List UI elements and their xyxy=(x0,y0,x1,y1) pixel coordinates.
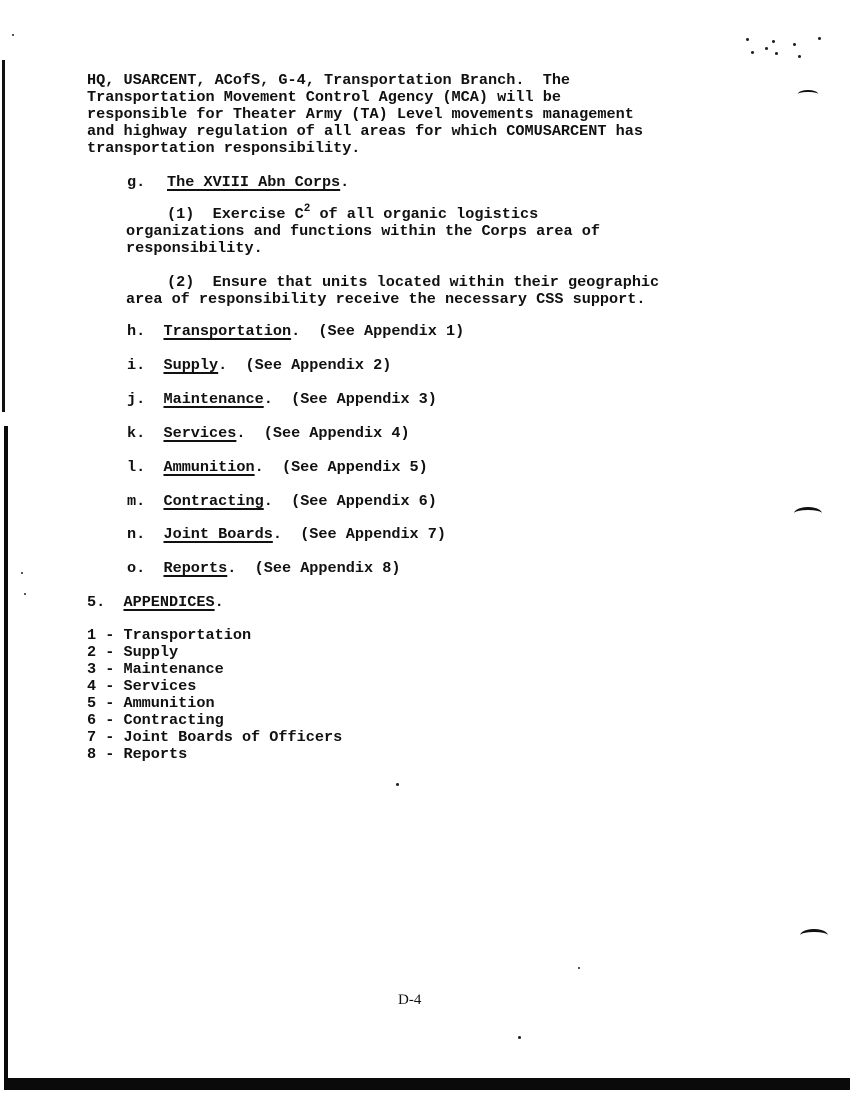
intro-line: HQ, USARCENT, ACofS, G-4, Transportation… xyxy=(87,72,570,89)
subitem-1-line: organizations and functions within the C… xyxy=(126,223,600,240)
binder-hole-mark-middle xyxy=(794,507,822,520)
item-letter: g. xyxy=(127,174,145,191)
superscript: 2 xyxy=(304,203,311,215)
scan-speck xyxy=(396,783,399,786)
list-item: m. Contracting. (See Appendix 6) xyxy=(127,493,437,510)
heading-period: . xyxy=(340,173,349,191)
item-letter: j. xyxy=(127,390,145,408)
subitem-number: (1) xyxy=(167,205,194,223)
scan-speck xyxy=(798,55,801,58)
scan-edge-line-upper xyxy=(2,60,5,412)
appendix-list-item: 6 - Contracting xyxy=(87,712,224,729)
appendix-list-item: 2 - Supply xyxy=(87,644,178,661)
scan-speck xyxy=(818,37,821,40)
appendix-list-item: 4 - Services xyxy=(87,678,196,695)
item-heading: Supply xyxy=(163,356,218,374)
appendix-reference: (See Appendix 3) xyxy=(291,390,437,408)
item-letter: i. xyxy=(127,356,145,374)
heading-period: . xyxy=(215,593,224,611)
item-heading-line: The XVIII Abn Corps. xyxy=(167,174,349,191)
list-item: k. Services. (See Appendix 4) xyxy=(127,425,410,442)
scan-speck xyxy=(24,593,26,595)
subitem-1-line: responsibility. xyxy=(126,240,263,257)
item-heading: The XVIII Abn Corps xyxy=(167,173,340,191)
section-number: 5. xyxy=(87,593,105,611)
document-page: HQ, USARCENT, ACofS, G-4, Transportation… xyxy=(0,0,850,1097)
scan-speck xyxy=(772,40,775,43)
appendix-reference: (See Appendix 2) xyxy=(246,356,392,374)
item-heading: Contracting xyxy=(163,492,263,510)
list-item: i. Supply. (See Appendix 2) xyxy=(127,357,391,374)
scan-speck xyxy=(12,34,14,36)
scan-speck xyxy=(793,43,796,46)
subitem-text: Exercise C xyxy=(213,205,304,223)
section-heading-line: 5. APPENDICES. xyxy=(87,594,224,611)
item-letter: h. xyxy=(127,322,145,340)
list-item: n. Joint Boards. (See Appendix 7) xyxy=(127,526,446,543)
scan-speck xyxy=(578,967,580,969)
scan-speck xyxy=(775,52,778,55)
scan-speck xyxy=(765,47,768,50)
section-heading: APPENDICES xyxy=(123,593,214,611)
intro-line: responsible for Theater Army (TA) Level … xyxy=(87,106,634,123)
item-letter: l. xyxy=(127,458,145,476)
intro-line: and highway regulation of all areas for … xyxy=(87,123,643,140)
appendix-list-item: 3 - Maintenance xyxy=(87,661,224,678)
list-item: l. Ammunition. (See Appendix 5) xyxy=(127,459,428,476)
page-number: D-4 xyxy=(398,992,421,1009)
intro-line: transportation responsibility. xyxy=(87,140,360,157)
subitem-2-line: area of responsibility receive the neces… xyxy=(126,291,646,308)
appendix-reference: (See Appendix 6) xyxy=(291,492,437,510)
appendix-reference: (See Appendix 1) xyxy=(318,322,464,340)
appendix-reference: (See Appendix 4) xyxy=(264,424,410,442)
appendix-list-item: 1 - Transportation xyxy=(87,627,251,644)
item-letter: n. xyxy=(127,525,145,543)
list-item: o. Reports. (See Appendix 8) xyxy=(127,560,400,577)
appendix-reference: (See Appendix 8) xyxy=(255,559,401,577)
item-heading: Transportation xyxy=(163,322,291,340)
subitem-number: (2) xyxy=(167,273,194,291)
scan-speck xyxy=(751,51,754,54)
item-letter: k. xyxy=(127,424,145,442)
item-heading: Services xyxy=(163,424,236,442)
appendix-reference: (See Appendix 5) xyxy=(282,458,428,476)
item-heading: Reports xyxy=(163,559,227,577)
item-heading: Ammunition xyxy=(163,458,254,476)
list-item: j. Maintenance. (See Appendix 3) xyxy=(127,391,437,408)
appendix-list-item: 8 - Reports xyxy=(87,746,187,763)
subitem-1-first-line: (1) Exercise C2 of all organic logistics xyxy=(167,206,538,223)
binder-hole-mark-bottom xyxy=(800,929,828,942)
appendix-list-item: 5 - Ammunition xyxy=(87,695,215,712)
list-item: h. Transportation. (See Appendix 1) xyxy=(127,323,464,340)
subitem-text: of all organic logistics xyxy=(310,205,538,223)
item-letter: o. xyxy=(127,559,145,577)
item-heading: Maintenance xyxy=(163,390,263,408)
appendix-reference: (See Appendix 7) xyxy=(300,525,446,543)
subitem-2-first-line: (2) Ensure that units located within the… xyxy=(167,274,659,291)
scan-edge-line-left xyxy=(4,426,8,1082)
scan-speck xyxy=(518,1036,521,1039)
scan-speck xyxy=(21,572,23,574)
item-heading: Joint Boards xyxy=(163,525,272,543)
scan-edge-line-bottom xyxy=(4,1078,850,1090)
item-letter: m. xyxy=(127,492,145,510)
binder-hole-mark-top xyxy=(798,90,818,98)
appendix-list-item: 7 - Joint Boards of Officers xyxy=(87,729,342,746)
intro-line: Transportation Movement Control Agency (… xyxy=(87,89,561,106)
subitem-text: Ensure that units located within their g… xyxy=(213,273,660,291)
scan-speck xyxy=(746,38,749,41)
